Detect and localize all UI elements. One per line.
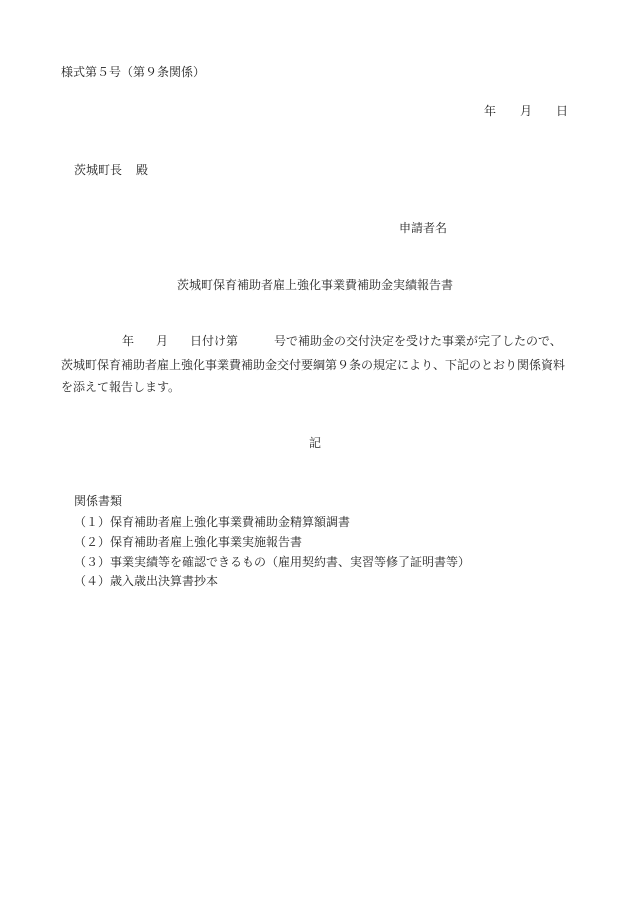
body-year: 年 [122,334,134,348]
form-number: 様式第５号（第９条関係） [61,66,205,78]
date-line: 年月日 [484,105,568,117]
body-month: 月 [156,334,168,348]
document-item: （２）保育補助者雇上強化事業実施報告書 [74,536,302,548]
addressee-honorific: 殿 [136,163,148,177]
body-line-1: 年月日付け第号で補助金の交付決定を受けた事業が完了したので、 [61,335,562,347]
body-line-3: を添えて報告します。 [61,381,180,393]
body-line-1-text: 号で補助金の交付決定を受けた事業が完了したので、 [274,334,562,348]
document-item: （１）保育補助者雇上強化事業費補助金精算額調書 [74,516,350,528]
related-documents-heading: 関係書類 [74,495,122,507]
body-line-2: 茨城町保育補助者雇上強化事業費補助金交付要綱第９条の規定により、下記のとおり関係… [61,359,565,371]
document-item: （４）歳入歳出決算書抄本 [74,575,218,587]
ki-heading: 記 [309,437,321,449]
applicant-label: 申請者名 [399,222,447,234]
addressee-name: 茨城町長 [74,163,122,177]
date-day: 日 [556,105,568,117]
body-day-suffix: 日付け第 [190,334,238,348]
document-item: （３）事業実績等を確認できるもの（雇用契約書、実習等修了証明書等） [74,556,470,568]
date-month: 月 [520,105,532,117]
addressee: 茨城町長殿 [74,164,148,176]
document-title: 茨城町保育補助者雇上強化事業費補助金実績報告書 [177,279,453,291]
date-year: 年 [484,105,496,117]
